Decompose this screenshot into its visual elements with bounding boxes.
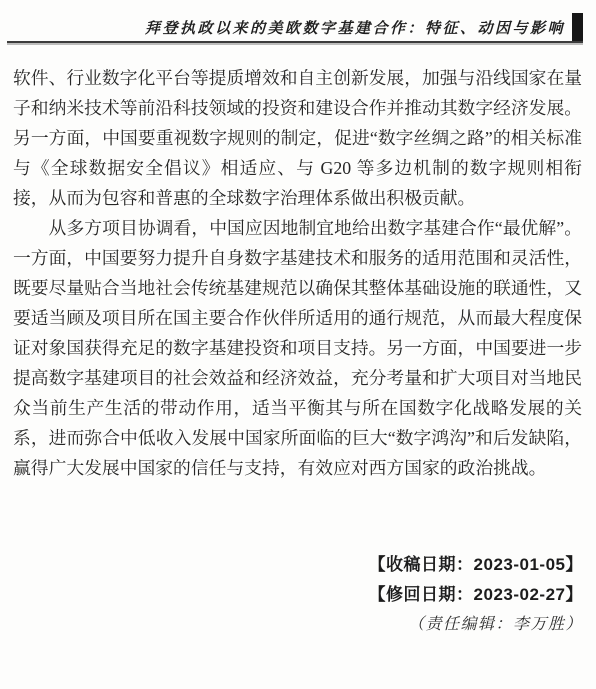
page-header: 拜登执政以来的美欧数字基建合作：特征、动因与影响: [0, 0, 596, 44]
document-page: 拜登执政以来的美欧数字基建合作：特征、动因与影响 软件、行业数字化平台等提质增效…: [0, 0, 596, 689]
body-paragraph-1: 软件、行业数字化平台等提质增效和自主创新发展，加强与沿线国家在量子和纳米技术等前…: [13, 63, 582, 213]
article-footer: 【收稿日期：2023-01-05】 【修回日期：2023-02-27】 （责任编…: [13, 550, 583, 640]
article-body: 软件、行业数字化平台等提质增效和自主创新发展，加强与沿线国家在量子和纳米技术等前…: [13, 63, 582, 483]
running-title: 拜登执政以来的美欧数字基建合作：特征、动因与影响: [145, 17, 565, 38]
body-paragraph-2: 从多方项目协调看，中国应因地制宜地给出数字基建合作“最优解”。一方面，中国要努力…: [13, 213, 582, 483]
editor-note: （责任编辑：李万胜）: [13, 610, 583, 640]
header-rule: [7, 41, 583, 43]
received-date: 【收稿日期：2023-01-05】: [13, 550, 583, 580]
revised-date: 【修回日期：2023-02-27】: [13, 580, 583, 610]
header-accent-bar: [572, 13, 583, 42]
